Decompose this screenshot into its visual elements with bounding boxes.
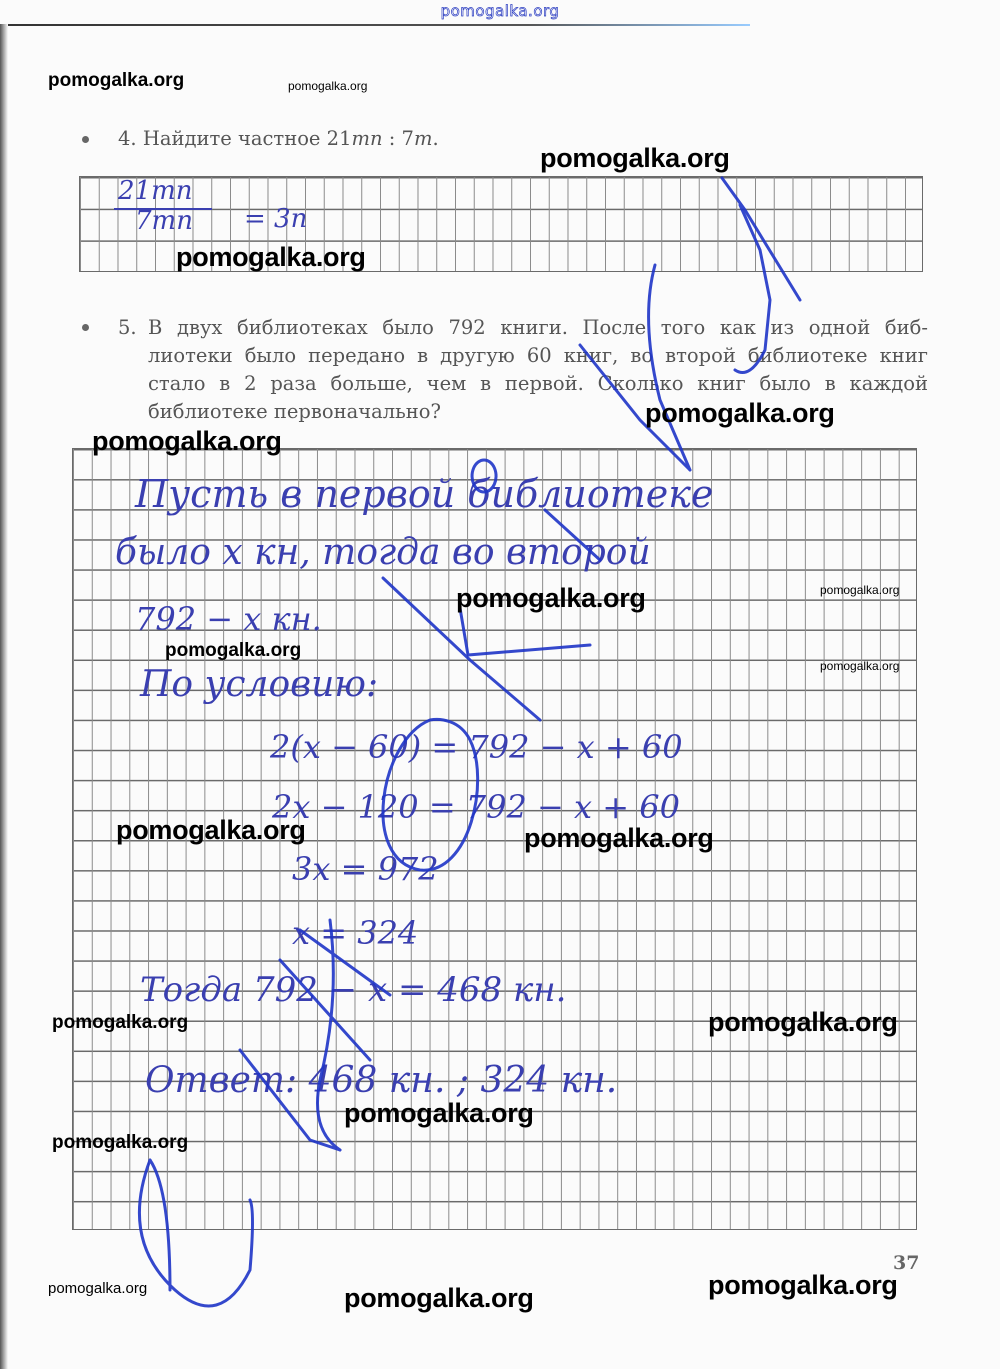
loop-mark bbox=[139, 1160, 252, 1306]
circle-mark bbox=[472, 460, 496, 492]
watermark: pomogalka.org bbox=[48, 70, 184, 92]
watermark: pomogalka.org bbox=[645, 398, 835, 429]
watermark: pomogalka.org bbox=[708, 1007, 898, 1038]
loop-mark bbox=[150, 1160, 170, 1290]
watermark: pomogalka.org bbox=[708, 1270, 898, 1301]
watermark: pomogalka.org bbox=[456, 583, 646, 614]
teacher-pen-marks bbox=[0, 0, 1000, 1369]
check-mark-stroke bbox=[460, 608, 590, 655]
check-mark-stroke bbox=[735, 205, 770, 373]
check-mark-stroke bbox=[649, 265, 690, 470]
watermark: pomogalka.org bbox=[92, 426, 282, 457]
check-mark-stroke bbox=[722, 178, 800, 300]
check-mark-stroke bbox=[300, 930, 390, 995]
watermark: pomogalka.org bbox=[820, 583, 899, 597]
check-mark-stroke bbox=[318, 920, 341, 1150]
watermark: pomogalka.org bbox=[540, 143, 730, 174]
watermark: pomogalka.org bbox=[165, 640, 301, 662]
check-mark-stroke bbox=[280, 960, 370, 1060]
watermark: pomogalka.org bbox=[344, 1098, 534, 1129]
watermark: pomogalka.org bbox=[524, 823, 714, 854]
watermark: pomogalka.org bbox=[344, 1283, 534, 1314]
watermark: pomogalka.org bbox=[820, 659, 899, 673]
circle-mark bbox=[383, 719, 478, 870]
watermark: pomogalka.org bbox=[176, 242, 366, 273]
watermark: pomogalka.org bbox=[116, 815, 306, 846]
watermark: pomogalka.org bbox=[288, 79, 367, 93]
check-mark-stroke bbox=[545, 510, 600, 560]
watermark: pomogalka.org bbox=[48, 1280, 147, 1297]
watermark: pomogalka.org bbox=[52, 1012, 188, 1034]
watermark: pomogalka.org bbox=[52, 1132, 188, 1154]
